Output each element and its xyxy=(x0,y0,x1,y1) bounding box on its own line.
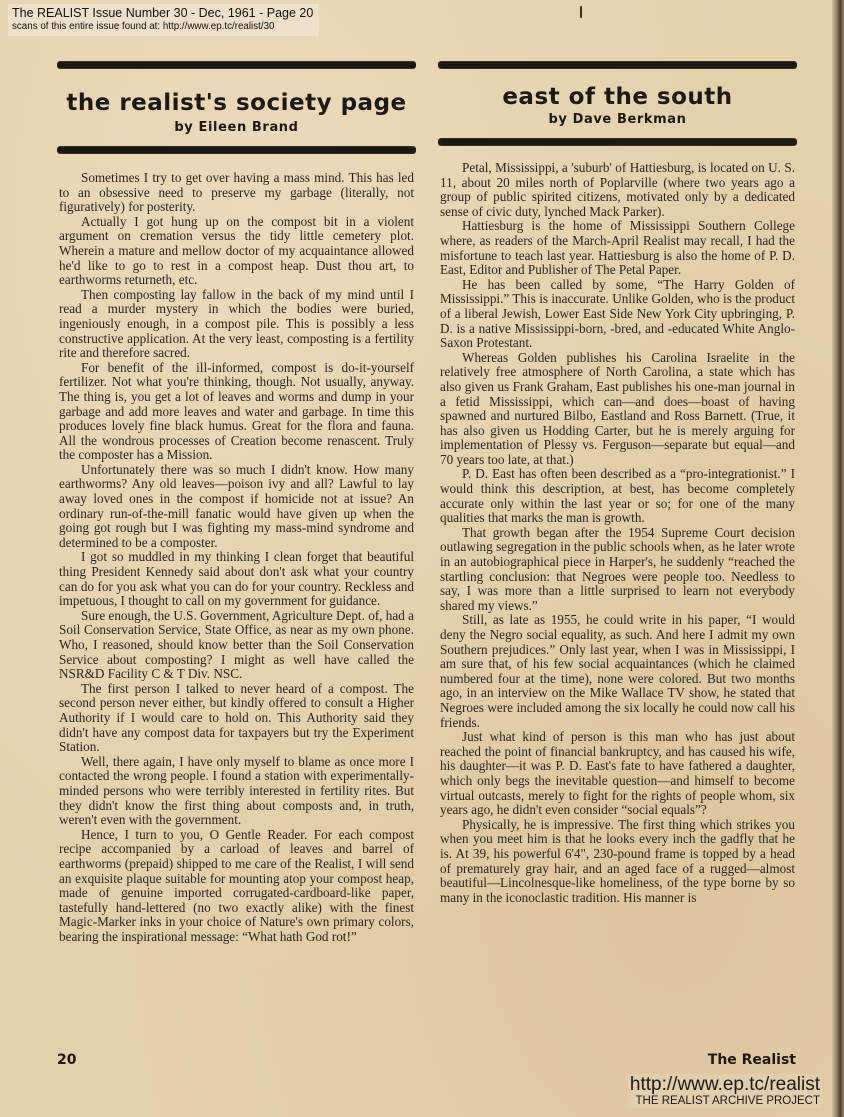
paragraph: P. D. East has often been described as a… xyxy=(440,467,795,525)
ink-speck xyxy=(580,6,582,18)
paragraph: Whereas Golden publishes his Carolina Is… xyxy=(440,351,795,468)
paragraph: He has been called by some, “The Harry G… xyxy=(440,278,795,351)
bottom-divider-rule xyxy=(57,147,416,153)
scan-info-label: The REALIST Issue Number 30 - Dec, 1961 … xyxy=(8,4,319,36)
article-byline: by Dave Berkman xyxy=(440,112,795,127)
paragraph: Then composting lay fallow in the back o… xyxy=(59,288,414,361)
paragraph: Hence, I turn to you, O Gentle Reader. F… xyxy=(59,828,414,945)
paragraph: The first person I talked to never heard… xyxy=(59,682,414,755)
article-body: Petal, Mississippi, a 'suburb' of Hattie… xyxy=(440,161,795,905)
paragraph: Sometimes I try to get over having a mas… xyxy=(59,171,414,215)
magazine-page: The REALIST Issue Number 30 - Dec, 1961 … xyxy=(0,0,844,1117)
paragraph: For benefit of the ill-informed, compost… xyxy=(59,361,414,463)
right-article: east of the south by Dave Berkman Petal,… xyxy=(440,62,795,905)
paragraph: Petal, Mississippi, a 'suburb' of Hattie… xyxy=(440,161,795,219)
paragraph: I got so muddled in my thinking I clean … xyxy=(59,550,414,608)
left-article: the realist's society page by Eileen Bra… xyxy=(59,62,414,944)
article-headline: the realist's society page xyxy=(59,90,414,116)
page-number: 20 xyxy=(57,1052,76,1068)
top-divider-rule xyxy=(57,62,416,68)
magazine-name: The Realist xyxy=(708,1052,796,1068)
paragraph: Still, as late as 1955, he could write i… xyxy=(440,613,795,730)
paragraph: Just what kind of person is this man who… xyxy=(440,730,795,818)
archive-watermark: http://www.ep.tc/realist THE REALIST ARC… xyxy=(628,1074,822,1108)
paragraph: Physically, he is impressive. The first … xyxy=(440,818,795,906)
scan-title: The REALIST Issue Number 30 - Dec, 1961 … xyxy=(12,6,313,21)
top-divider-rule xyxy=(438,62,797,68)
paragraph: Well, there again, I have only myself to… xyxy=(59,755,414,828)
article-body: Sometimes I try to get over having a mas… xyxy=(59,171,414,944)
article-headline: east of the south xyxy=(440,84,795,110)
paragraph: Actually I got hung up on the compost bi… xyxy=(59,215,414,288)
paragraph: Sure enough, the U.S. Government, Agricu… xyxy=(59,609,414,682)
bottom-divider-rule xyxy=(438,139,797,145)
paragraph: Unfortunately there was so much I didn't… xyxy=(59,463,414,551)
article-byline: by Eileen Brand xyxy=(59,120,414,135)
paragraph: That growth began after the 1954 Supreme… xyxy=(440,526,795,614)
scan-source: scans of this entire issue found at: htt… xyxy=(12,21,313,33)
paragraph: Hattiesburg is the home of Mississippi S… xyxy=(440,219,795,277)
archive-url[interactable]: http://www.ep.tc/realist xyxy=(630,1074,820,1095)
archive-project-name: THE REALIST ARCHIVE PROJECT xyxy=(630,1095,820,1108)
binding-spine-shadow xyxy=(832,0,844,1117)
